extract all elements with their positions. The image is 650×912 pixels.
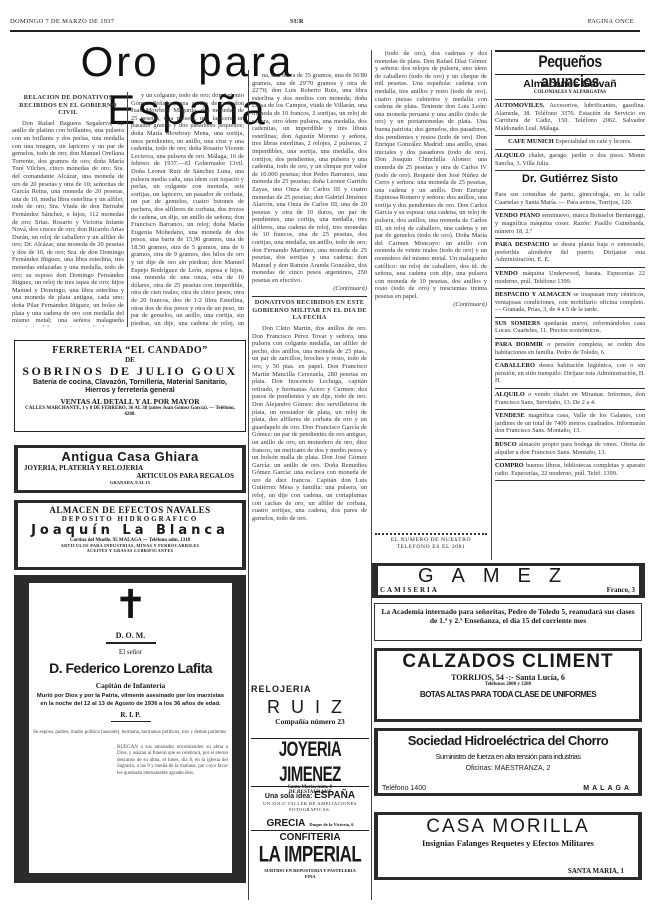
classified-ad-text: máquina Underwood, barata. Especerías 22… bbox=[495, 270, 645, 285]
ad-candado-line2: DE bbox=[15, 356, 245, 364]
ad-chorro-city: MALAGA bbox=[583, 785, 632, 792]
ad-grecia-address: Duque de la Victoria, 6 bbox=[309, 822, 353, 827]
classified-ad: PARA DESPACHO se desea planta baja o ent… bbox=[495, 239, 645, 268]
phone-notice: EL NUMERO DE NUESTRO TELEFONO ES EL 2081 bbox=[375, 533, 487, 551]
ad-academia: La Academia internado para señoritas, Pe… bbox=[374, 603, 642, 641]
ad-divider bbox=[251, 830, 369, 831]
classified-ad: VENDO máquina Underwood, barata. Especer… bbox=[495, 268, 645, 289]
classified-ad-keyword: CABALLERO bbox=[495, 362, 535, 369]
article-signature: (Continuará) bbox=[252, 285, 367, 293]
ad-galvan-subtitle: COLONIALES Y ALPARGATAS bbox=[495, 90, 645, 95]
column-divider bbox=[371, 50, 372, 900]
ad-imperial-name: LA IMPERIAL bbox=[251, 842, 369, 868]
classified-ad-keyword: SUS SOMIERS bbox=[495, 320, 540, 327]
header-page-number: PAGINA ONCE bbox=[588, 18, 634, 25]
classified-ad: VENDO PIANO seminuevo, marca Boisselot B… bbox=[495, 210, 645, 239]
obituary-notice: ✝ D. O. M. El señor D. Federico Lorenzo … bbox=[29, 583, 232, 873]
ad-gamez-type: CAMISERIA bbox=[380, 586, 439, 594]
classified-ad-keyword: CAFE MUNICH bbox=[508, 138, 554, 145]
ad-chorro-offices: Oficinas: MAESTRANZA, 2 bbox=[378, 765, 638, 772]
article-text-col1: Don Rafael Baguera Segalerva, un anillo … bbox=[12, 120, 124, 327]
ad-grecia-line2: UN SOLO TALLER DE AMPLIACIONES FOTOGRAFI… bbox=[251, 801, 369, 812]
header-date: DOMINGO 7 DE MARZO DE 1937 bbox=[10, 18, 114, 25]
obituary-text: Murió por Dios y por la Patria, vilmente… bbox=[29, 692, 232, 708]
classified-ad-keyword: VENDESE bbox=[495, 412, 525, 419]
ad-ferreteria-el-candado: FERRETERIA “EL CANDADO” DE SOBRINOS DE J… bbox=[14, 340, 246, 432]
header-rule bbox=[10, 30, 640, 32]
column-divider bbox=[248, 70, 249, 900]
ad-relojeria-ruiz: RELOJERIA RUIZ Compañía número 23 bbox=[251, 684, 369, 726]
ad-morilla-line1: Insignias Falanges Requetes y Efectos Mi… bbox=[378, 838, 638, 848]
classified-ad-keyword: BUSCO bbox=[495, 441, 517, 448]
ad-lablanca-line2: DEPOSITO HIDROGRAFICO bbox=[18, 515, 242, 523]
cross-icon: ✝ bbox=[29, 585, 232, 625]
ad-joaquin-la-blanca: ALMACEN DE EFECTOS NAVALES DEPOSITO HIDR… bbox=[14, 500, 246, 570]
obituary-rank: Capitán de Infantería bbox=[29, 681, 232, 690]
classifieds-list: AUTOMOVILES. Accesorios, lubrificantes, … bbox=[495, 99, 645, 481]
classified-ad: DESPACHO Y ALMACEN se traspasan muy cént… bbox=[495, 289, 645, 318]
obituary-family: Su esposa, padres, madre política (ausen… bbox=[29, 730, 232, 737]
header-paper-name: SUR bbox=[290, 18, 304, 25]
article-signature: (Continuará) bbox=[375, 301, 487, 309]
ad-lablanca-name: Joaquín La Blanca bbox=[18, 523, 242, 538]
obituary-rule bbox=[111, 721, 151, 722]
ad-gamez: GAMEZ CAMISERIA Franco, 3 bbox=[378, 566, 639, 595]
section-divider bbox=[252, 296, 367, 297]
ad-morilla-name: CASA MORILLA bbox=[378, 816, 638, 838]
section-heading-civil: RELACION DE DONATIVOS RECIBIDOS EN EL GO… bbox=[12, 94, 124, 117]
classified-ad-keyword: DESPACHO Y ALMACEN bbox=[495, 291, 571, 298]
ad-jimenez-name: JOYERIA JIMENEZ bbox=[251, 738, 369, 788]
article-column-3: na, una barra de 35 gramos, una de 56'80… bbox=[252, 72, 367, 677]
classified-ad-keyword: VENDO PIANO bbox=[495, 212, 540, 219]
ad-relojeria-address: Compañía número 23 bbox=[251, 717, 369, 726]
classified-ad: SUS SOMIERS quedarán nuevo, reformándolo… bbox=[495, 318, 645, 339]
classified-ad-keyword: AUTOMOVILES. bbox=[495, 102, 544, 109]
article-column-1: RELACION DE DONATIVOS RECIBIDOS EN EL GO… bbox=[12, 92, 124, 327]
classified-ad-text: almacén propio para bodega de vinos. Ofe… bbox=[495, 441, 645, 456]
ad-casa-morilla: CASA MORILLA Insignias Falanges Requetes… bbox=[374, 812, 642, 880]
article-text-col3: na, una barra de 35 gramos, una de 56'80… bbox=[252, 72, 367, 285]
classified-ad: CAFE MUNICH Especialidad en café y licor… bbox=[495, 136, 645, 150]
ad-hidroelectrica-chorro: Sociedad Hidroeléctrica del Chorro Sumin… bbox=[374, 728, 642, 796]
article-text-col2: y un colgante, todo de oro; don Antonio … bbox=[131, 92, 244, 327]
classified-ad: Para sus consultas de parto, ginecología… bbox=[495, 189, 645, 210]
classified-ad-keyword: PARA DORMIR bbox=[495, 341, 543, 348]
ad-ghiara-line2: ARTICULOS PARA REGALOS bbox=[18, 472, 242, 480]
ad-grecia: Una sola idea: ESPAÑA UN SOLO TALLER DE … bbox=[251, 790, 369, 831]
ad-candado-description: Batería de cocina, Clavazón, Tornillería… bbox=[15, 379, 245, 395]
ad-gamez-name: GAMEZ bbox=[418, 565, 579, 588]
ad-candado-address: CALLES MARCHANTE, 1 y 8 DE FEBRERO, 36 A… bbox=[15, 406, 245, 418]
classified-ad: BUSCO almacén propio para bodega de vino… bbox=[495, 439, 645, 460]
classified-ad: VENDESE magnífica casa, Valle de los Gal… bbox=[495, 410, 645, 439]
article-text-col4: (todo de oro), dos cadenas y dos monedas… bbox=[375, 50, 487, 301]
classified-ad-keyword: ALQUILO bbox=[495, 391, 525, 398]
article-text-col3b: Don Cleto Martín, dos anillos de oro. Do… bbox=[252, 325, 367, 522]
ad-chorro-name: Sociedad Hidroeléctrica del Chorro bbox=[378, 733, 638, 748]
page-header: DOMINGO 7 DE MARZO DE 1937 SUR PAGINA ON… bbox=[10, 18, 640, 30]
ad-morilla-address: SANTA MARIA, 1 bbox=[568, 867, 624, 875]
article-column-4: (todo de oro), dos cadenas y dos monedas… bbox=[375, 50, 487, 528]
ad-relojeria-label: RELOJERIA bbox=[251, 684, 369, 694]
ad-divider bbox=[251, 786, 369, 787]
ad-ghiara-name: Antigua Casa Ghiara bbox=[18, 449, 242, 464]
column-divider bbox=[491, 50, 492, 560]
ad-ghiara-address: GRANADA, 9 AL 15 bbox=[18, 480, 242, 485]
classified-ad-keyword: VENDO bbox=[495, 270, 518, 277]
article-column-2: y un colgante, todo de oro; don Antonio … bbox=[131, 92, 244, 327]
classified-ad: COMPRO buenos libros, bibliotecas comple… bbox=[495, 460, 645, 481]
obituary-rip: R. I. P. bbox=[29, 711, 232, 719]
ad-grecia-espana: ESPAÑA bbox=[314, 790, 355, 801]
ad-climent-line: BOTAS ALTAS PARA TODA CLASE DE UNIFORMES bbox=[377, 690, 639, 699]
ad-lablanca-line5: ACEITES Y GRASAS LUBRIFICANTES bbox=[18, 548, 242, 553]
classified-ad-text: Especialidad en café y licores. bbox=[554, 138, 632, 145]
classified-ad-keyword: PARA DESPACHO bbox=[495, 241, 550, 248]
obituary-senor: El señor bbox=[29, 648, 232, 656]
classified-ad: Dr. Gutiérrez Sisto bbox=[495, 171, 645, 189]
obituary-name: D. Federico Lorenzo Lafita bbox=[29, 660, 232, 676]
ad-climent-name: CALZADOS CLIMENT bbox=[377, 651, 639, 673]
ad-candado-name: SOBRINOS DE JULIO GOUX bbox=[15, 364, 245, 379]
ad-chorro-phone: Teléfono 1400 bbox=[382, 785, 426, 792]
classified-ad-text: Para sus consultas de parto, ginecología… bbox=[495, 191, 645, 206]
ad-relojeria-name: RUIZ bbox=[251, 697, 369, 717]
ad-imperial-line2: SURTIDO EN REPOSTERIA Y PASTELERIA FINA bbox=[251, 868, 369, 879]
section-heading-military: DONATIVOS RECIBIDOS EN ESTE GOBIERNO MIL… bbox=[252, 299, 367, 322]
ad-climent-phones: Teléfonos 2808 y 3280 bbox=[377, 682, 639, 687]
classified-ad: CABALLERO desea habitación higiénica, co… bbox=[495, 360, 645, 389]
ad-grecia-name: GRECIA bbox=[266, 818, 305, 829]
ad-candado-sales: VENTAS AL DETALL Y AL POR MAYOR bbox=[15, 397, 245, 406]
obituary-rule bbox=[106, 642, 156, 644]
classified-ad: PARA DORMIR o pensión completa, se cedén… bbox=[495, 339, 645, 360]
ad-climent-address: TORRIJOS, 54 -:- Santa Lucía, 6 bbox=[377, 673, 639, 682]
ad-ghiara-line1: JOYERIA, PLATERIA Y RELOJERIA bbox=[18, 464, 242, 472]
ad-gamez-address: Franco, 3 bbox=[607, 586, 635, 594]
ad-antigua-casa-ghiara: Antigua Casa Ghiara JOYERIA, PLATERIA Y … bbox=[14, 445, 246, 493]
obituary-request: RUEGAN a sus amistades encomienden su al… bbox=[117, 745, 228, 778]
ad-lablanca-line1: ALMACEN DE EFECTOS NAVALES bbox=[18, 505, 242, 515]
ad-academia-text: La Academia internado para señoritas, Pe… bbox=[375, 604, 641, 628]
ad-candado-line1: FERRETERIA “EL CANDADO” bbox=[15, 345, 245, 356]
column-divider bbox=[127, 92, 128, 327]
obituary-dom: D. O. M. bbox=[29, 631, 232, 640]
classified-ad: ALQUILO o vendo chalet en Miramar. Infor… bbox=[495, 389, 645, 410]
ad-almacenes-galvan: Almacenes Galvañ COLONIALES Y ALPARGATAS bbox=[495, 78, 645, 95]
classifieds-rule bbox=[495, 74, 645, 75]
classified-ad: AUTOMOVILES. Accesorios, lubrificantes, … bbox=[495, 100, 645, 136]
ad-calzados-climent: CALZADOS CLIMENT TORRIJOS, 54 -:- Santa … bbox=[374, 648, 642, 722]
ad-chorro-line1: Suministro de fuerza en alta tensión par… bbox=[378, 752, 638, 761]
ad-galvan-name: Almacenes Galvañ bbox=[495, 78, 645, 90]
ad-grecia-slogan: Una sola idea: bbox=[265, 793, 312, 800]
classified-ad: ALQUILO chalet, garage, jardín o dos pis… bbox=[495, 150, 645, 171]
classified-ad-keyword: COMPRO bbox=[495, 462, 524, 469]
ad-confiteria-la-imperial: CONFITERIA LA IMPERIAL SURTIDO EN REPOST… bbox=[251, 832, 369, 879]
classified-ad-keyword: ALQUILO bbox=[495, 152, 525, 159]
